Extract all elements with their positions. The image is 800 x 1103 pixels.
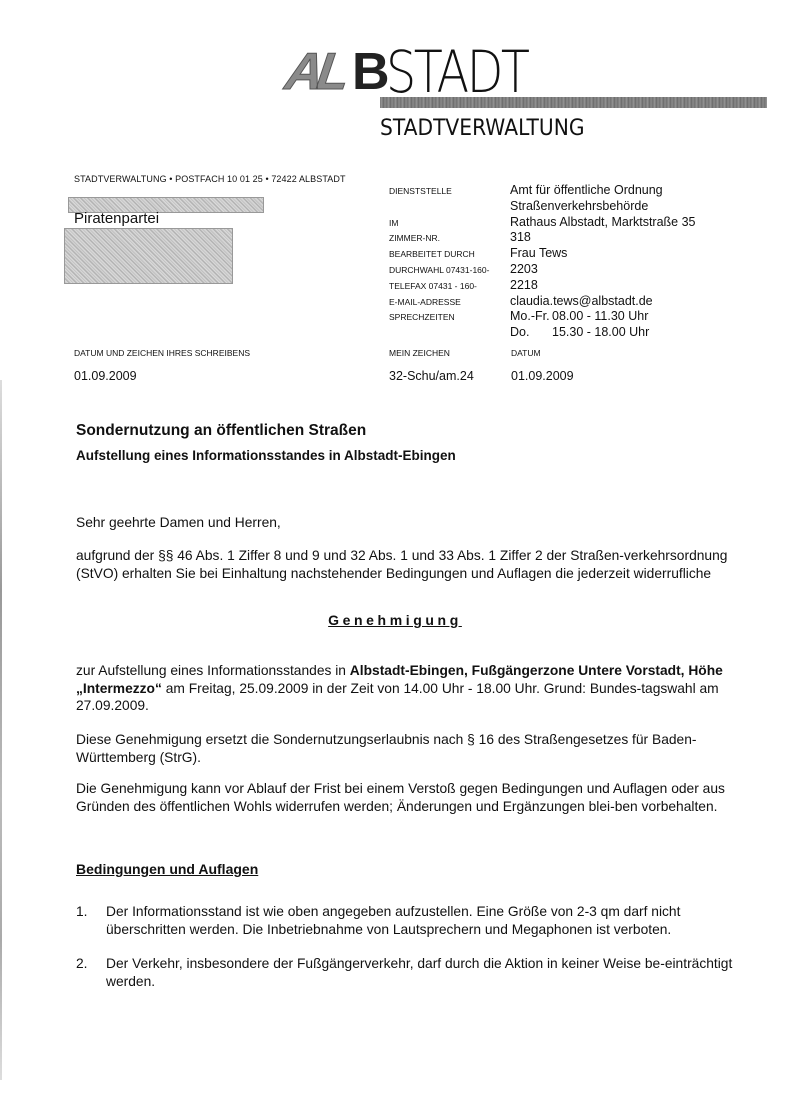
info-label: E-MAIL-ADRESSE [389, 297, 461, 307]
approval-heading: Genehmigung [0, 612, 790, 628]
info-label: BEARBEITET DURCH [389, 249, 475, 259]
albstadt-logo: AL B STADT [286, 44, 486, 100]
paragraph-legal-basis: aufgrund der §§ 46 Abs. 1 Ziffer 8 und 9… [76, 547, 736, 582]
my-ref-label: MEIN ZEICHEN [389, 348, 450, 358]
info-value: Rathaus Albstadt, Marktstraße 35 [510, 215, 696, 229]
text: zur Aufstellung eines Informationsstande… [76, 663, 350, 678]
info-value: 2218 [510, 278, 538, 292]
letterhead-bar [380, 97, 767, 108]
letterhead-subtitle: STADTVERWALTUNG [380, 116, 585, 141]
list-number: 1. [76, 903, 88, 921]
paragraph-revocation: Die Genehmigung kann vor Ablauf der Fris… [76, 780, 736, 815]
list-text: Der Verkehr, insbesondere der Fußgängerv… [106, 956, 732, 989]
office-hours-time: 15.30 - 18.00 Uhr [552, 325, 649, 339]
logo-b: B [352, 46, 390, 98]
sender-line: STADTVERWALTUNG • POSTFACH 10 01 25 • 72… [74, 174, 346, 184]
list-item: 2.Der Verkehr, insbesondere der Fußgänge… [76, 955, 736, 990]
recipient-name: Piratenpartei [74, 210, 159, 227]
list-text: Der Informationsstand ist wie oben angeg… [106, 904, 680, 937]
info-label: IM [389, 218, 398, 228]
info-value: Mo.-Fr.08.00 - 11.30 Uhr [510, 309, 648, 323]
office-hours-day: Mo.-Fr. [510, 309, 552, 323]
info-label: SPRECHZEITEN [389, 312, 455, 322]
conditions-list: 1.Der Informationsstand ist wie oben ang… [76, 903, 736, 1007]
info-value: 2203 [510, 262, 538, 276]
date-value: 01.09.2009 [511, 369, 574, 383]
date-label: DATUM [511, 348, 541, 358]
office-hours-day: Do. [510, 325, 552, 339]
info-value: 318 [510, 230, 531, 244]
your-ref-value: 01.09.2009 [74, 369, 137, 383]
info-label: TELEFAX 07431 - 160- [389, 281, 477, 291]
info-value: Straßenverkehrsbehörde [510, 199, 648, 213]
list-item: 1.Der Informationsstand ist wie oben ang… [76, 903, 736, 938]
text: am Freitag, 25.09.2009 in der Zeit von 1… [76, 681, 719, 714]
paragraph-replacement: Diese Genehmigung ersetzt die Sondernutz… [76, 731, 736, 766]
greeting: Sehr geehrte Damen und Herren, [76, 514, 736, 532]
subject-subline: Aufstellung eines Informationsstandes in… [76, 448, 456, 463]
redacted-address [64, 228, 233, 284]
logo-stadt: STADT [386, 44, 527, 100]
list-number: 2. [76, 955, 88, 973]
info-label: DURCHWAHL 07431-160- [389, 265, 489, 275]
scan-edge-artifact [0, 380, 2, 1080]
my-ref-value: 32-Schu/am.24 [389, 369, 474, 383]
logo-al: AL [282, 46, 347, 98]
info-value: Do.15.30 - 18.00 Uhr [510, 325, 649, 339]
info-value: Frau Tews [510, 246, 567, 260]
subject-line: Sondernutzung an öffentlichen Straßen [76, 422, 366, 440]
info-label: DIENSTSTELLE [389, 186, 452, 196]
your-ref-label: DATUM UND ZEICHEN IHRES SCHREIBENS [74, 348, 250, 358]
email-address: claudia.tews@albstadt.de [510, 294, 653, 308]
info-value: Amt für öffentliche Ordnung [510, 183, 663, 197]
info-label: ZIMMER-NR. [389, 233, 440, 243]
office-hours-time: 08.00 - 11.30 Uhr [552, 309, 648, 323]
paragraph-approval-details: zur Aufstellung eines Informationsstande… [76, 662, 736, 715]
conditions-heading: Bedingungen und Auflagen [76, 861, 258, 877]
